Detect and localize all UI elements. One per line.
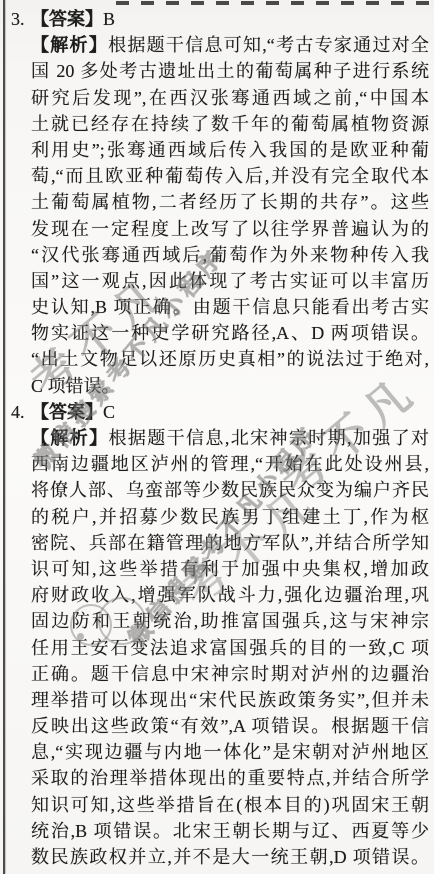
answers-column: 3. 【答案】B 【解析】根据题干信息可知,“考古专家通过对全国 20 多处考古… [31,6,429,870]
analysis-line: 将僚人部、乌蛮部等少数民族民众变为编户齐民 [31,477,429,503]
analysis-line: 采取的治理举措体现出的重要特点,并结合所学 [31,765,429,791]
analysis-line: 息,“实现边疆与内地一体化”是宋朝对泸州地区 [31,739,429,765]
answer-value: C [103,402,115,422]
analysis-line: “汉代张骞通西域后,葡萄作为外来物种传入我 [31,242,429,268]
analysis-line: “出土文物足以还原历史真相”的说法过于绝对, [31,346,429,372]
analysis-line: 土就已经存在持续了数千年的葡萄属植物资源 [31,111,429,137]
analysis-line: 【解析】根据题干信息可知,“考古专家通过对全 [31,32,429,58]
analysis-paragraph: 【解析】根据题干信息可知,“考古专家通过对全国 20 多处考古遗址出土的葡萄属种… [31,32,429,399]
analysis-line: 国”这一观点,因此体现了考古实证可以丰富历 [31,268,429,294]
analysis-label: 【解析】 [31,35,108,55]
analysis-line: 西南边疆地区泸州的管理,“开始在此处设州县, [31,451,429,477]
analysis-line: C 项错误。 [31,373,429,399]
analysis-line: 萄,“而且欧亚种葡萄传入后,并没有完全取代本 [31,163,429,189]
answer-label: 【答案】 [31,402,103,422]
analysis-line: 知识可知,这些举措旨在(根本目的)巩固宋王朝 [31,792,429,818]
analysis-line: 固边防和王朝统治,助推富国强兵,这与宋神宗 [31,608,429,634]
analysis-line: 的税户,并招募少数民族男丁组建土丁,作为枢 [31,504,429,530]
analysis-text: 根据题干信息可知,“考古专家通过对全 [108,35,429,55]
question-number: 4. [11,399,25,425]
analysis-paragraph: 【解析】根据题干信息,北宋神宗时期,加强了对西南边疆地区泸州的管理,“开始在此处… [31,425,429,870]
analysis-line: 土葡萄属植物,二者经历了长期的共存”。这些 [31,189,429,215]
analysis-line: 研究后发现”,在西汉张骞通西域之前,“中国本 [31,85,429,111]
analysis-line: 统治,B 项错误。北宋王朝长期与辽、西夏等少 [31,818,429,844]
answer-line: 【答案】B [31,6,429,32]
analysis-line: 史认知,B 项正确。由题干信息只能看出考古实 [31,294,429,320]
analysis-line: 利用史”;张骞通西域后传入我国的是欧亚种葡 [31,137,429,163]
question-3-block: 3. 【答案】B 【解析】根据题干信息可知,“考古专家通过对全国 20 多处考古… [31,6,429,399]
analysis-line: 物实证这一种史学研究路径,A、D 两项错误。 [31,320,429,346]
analysis-line: 密院、兵部在籍管理的地方军队”,并结合所学知 [31,530,429,556]
clipped-text-fragments [116,1,430,5]
analysis-label: 【解析】 [31,428,109,448]
analysis-line: 数民族政权并立,并不是大一统王朝,D 项错误。 [31,844,429,870]
analysis-line: 理举措可以体现出“宋代民族政策务实”,但并未 [31,687,429,713]
analysis-line: 反映出这些政策“有效”,A 项错误。根据题干信 [31,713,429,739]
analysis-line: 【解析】根据题干信息,北宋神宗时期,加强了对 [31,425,429,451]
analysis-line: 发现在一定程度上改写了以往学界普遍认为的 [31,216,429,242]
scanned-answer-key-page: 3. 【答案】B 【解析】根据题干信息可知,“考古专家通过对全国 20 多处考古… [0,0,434,874]
analysis-line: 识可知,这些举措有利于加强中央集权,增加政 [31,556,429,582]
question-number: 3. [11,6,25,32]
answer-line: 【答案】C [31,399,429,425]
column-divider-line [3,0,5,874]
analysis-text: 根据题干信息,北宋神宗时期,加强了对 [109,428,429,448]
question-4-block: 4. 【答案】C 【解析】根据题干信息,北宋神宗时期,加强了对西南边疆地区泸州的… [31,399,429,870]
analysis-line: 府财政收入,增强军队战斗力,强化边疆治理,巩 [31,582,429,608]
answer-value: B [103,9,115,29]
analysis-line: 任用王安石变法追求富国强兵的目的一致,C 项 [31,635,429,661]
analysis-line: 正确。题干信息中宋神宗时期对泸州的边疆治 [31,661,429,687]
analysis-line: 国 20 多处考古遗址出土的葡萄属种子进行系统 [31,58,429,84]
answer-label: 【答案】 [31,9,103,29]
